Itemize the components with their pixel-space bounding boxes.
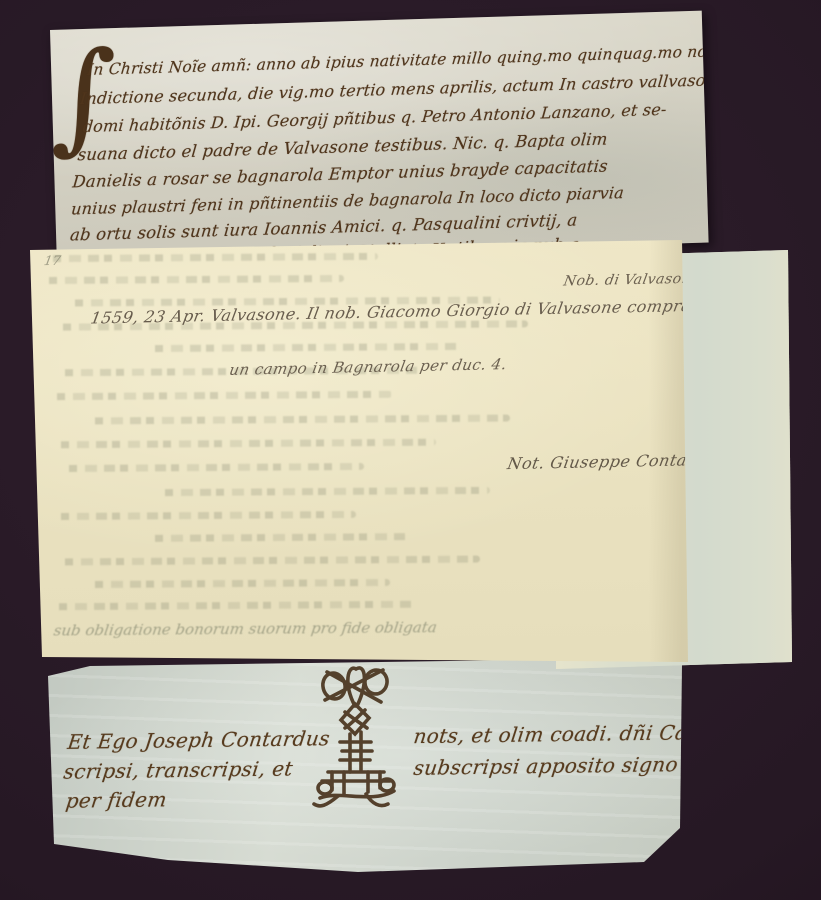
bleedthrough-text: sub obligatione bonorum suorum pro fide … xyxy=(53,618,438,639)
bleedthrough-line xyxy=(54,601,414,611)
bleedthrough-line xyxy=(48,253,378,262)
bleedthrough-line xyxy=(90,415,510,425)
archival-note: Nob. di Valvasone. xyxy=(562,271,688,290)
regesto-line-2: un campo in Bagnarola per duc. 4. xyxy=(228,355,508,379)
bleedthrough-line xyxy=(150,533,410,542)
bleedthrough-line xyxy=(52,391,392,400)
bleedthrough-line xyxy=(90,579,390,588)
notarial-strip-sheet: Et Ego Joseph Contardus nots, et olim co… xyxy=(48,658,682,874)
bleedthrough-line xyxy=(56,511,356,520)
bleedthrough-line xyxy=(56,439,436,449)
subscription-line1-right: nots, et olim coadi. dñi Canc. xyxy=(412,720,682,748)
parchment-deed-sheet: ∫ In Christi Noĩe amñ: anno ab ipius nat… xyxy=(50,11,709,262)
subscription-line2-right: subscripsi apposito signo xyxy=(412,752,679,780)
manuscript-photo: ∫ In Christi Noĩe amñ: anno ab ipius nat… xyxy=(0,0,821,900)
bleedthrough-line xyxy=(44,275,344,284)
subscription-line2-left: scripsi, transcripsi, et xyxy=(62,756,294,783)
notary-note: Not. Giuseppe Contardo xyxy=(506,450,688,473)
bleedthrough-line xyxy=(60,556,480,566)
subscription-line3: per fidem xyxy=(64,787,168,812)
corner-mark: 17 xyxy=(43,254,62,269)
bleedthrough-line xyxy=(160,487,490,496)
subscription-line1-left: Et Ego Joseph Contardus xyxy=(66,726,331,754)
archival-slip-sheet: sub obligatione bonorum suorum pro fide … xyxy=(30,240,688,664)
bleedthrough-line xyxy=(64,463,364,472)
bleedthrough-line xyxy=(150,343,460,352)
notarial-sign-icon xyxy=(310,660,406,812)
